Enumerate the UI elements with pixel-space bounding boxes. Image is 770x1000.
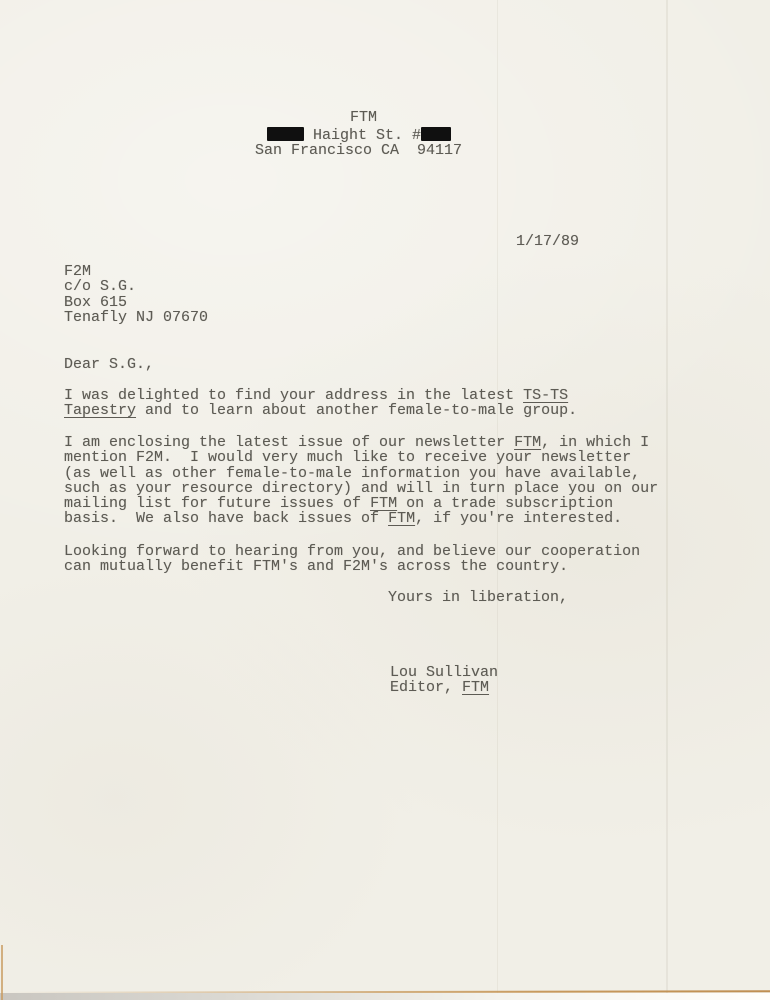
body-paragraph-3: Looking forward to hearing from you, and…	[64, 544, 640, 575]
recipient-address-block: F2Mc/o S.G.Box 615Tenafly NJ 07670	[64, 264, 208, 325]
letterhead-org-name: FTM	[350, 110, 377, 125]
body-paragraph-2: I am enclosing the latest issue of our n…	[64, 435, 658, 527]
closing-line: Yours in liberation,	[388, 590, 568, 605]
redaction-box	[267, 127, 304, 141]
letter-document: FTM Haight St. # San Francisco CA 94117 …	[0, 0, 770, 1000]
paper-crease-streak	[666, 0, 668, 1000]
salutation-line: Dear S.G.,	[64, 357, 154, 372]
date-line: 1/17/89	[516, 234, 579, 249]
paper-left-edge	[1, 945, 3, 1000]
signature-title-line: Editor, FTM	[390, 680, 489, 695]
letterhead-city-line: San Francisco CA 94117	[255, 143, 462, 158]
letterhead-street-line: Haight St. #	[267, 127, 451, 143]
redaction-box	[421, 127, 451, 141]
scanner-background-strip	[0, 993, 770, 1000]
body-paragraph-1: I was delighted to find your address in …	[64, 388, 577, 419]
signature-name: Lou Sullivan	[390, 665, 498, 680]
